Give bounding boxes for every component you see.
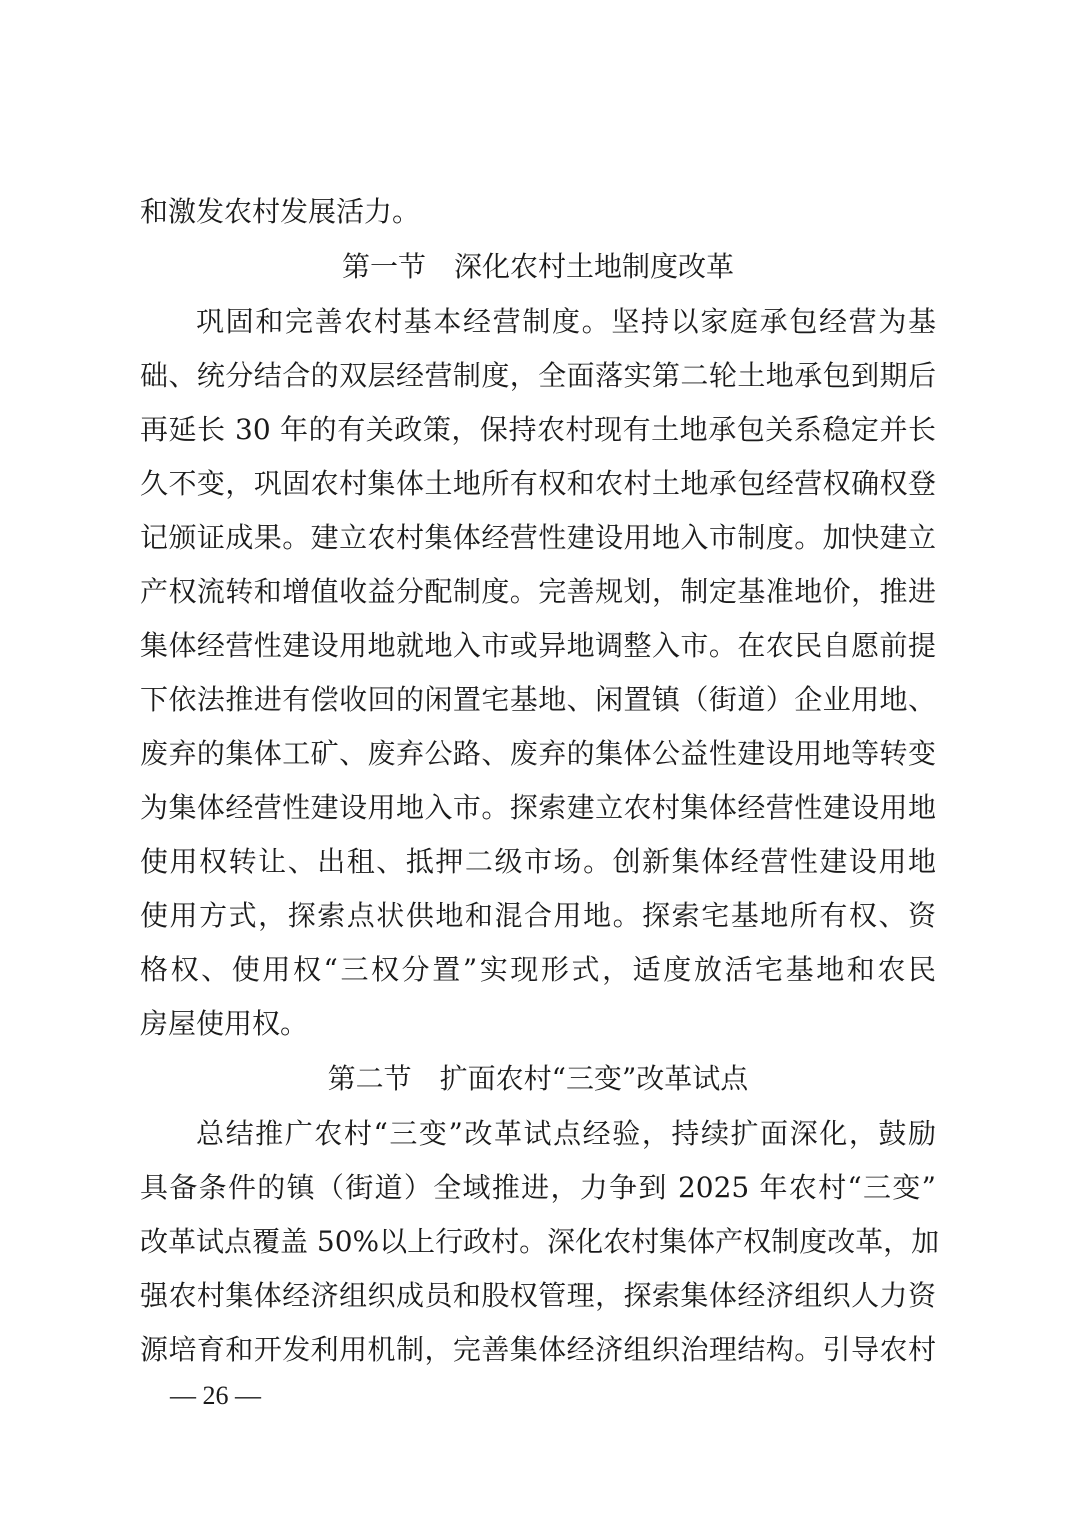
- document-page: 和激发农村发展活力。 第一节 深化农村土地制度改革 巩固和完善农村基本经营制度。…: [0, 0, 1074, 1520]
- paragraph-line: 使用方式，探索点状供地和混合用地。探索宅基地所有权、资: [140, 896, 936, 936]
- paragraph-line: 格权、使用权“三权分置”实现形式，适度放活宅基地和农民: [140, 950, 936, 990]
- paragraph-line: 础、统分结合的双层经营制度，全面落实第二轮土地承包到期后: [140, 356, 936, 396]
- paragraph-line: 为集体经营性建设用地入市。探索建立农村集体经营性建设用地: [140, 788, 936, 828]
- paragraph-line: 源培育和开发利用机制，完善集体经济组织治理结构。引导农村: [140, 1330, 936, 1370]
- page-number: — 26 —: [170, 1376, 261, 1416]
- paragraph-line: 产权流转和增值收益分配制度。完善规划，制定基准地价，推进: [140, 572, 936, 612]
- paragraph-line: 巩固和完善农村基本经营制度。坚持以家庭承包经营为基: [196, 302, 936, 342]
- section-heading-1: 第一节 深化农村土地制度改革: [140, 247, 936, 287]
- paragraph-line: 再延长 30 年的有关政策，保持农村现有土地承包关系稳定并长: [140, 410, 936, 450]
- paragraph-line: 使用权转让、出租、抵押二级市场。创新集体经营性建设用地: [140, 842, 936, 882]
- paragraph-line: 和激发农村发展活力。: [140, 192, 936, 232]
- paragraph-line: 集体经营性建设用地就地入市或异地调整入市。在农民自愿前提: [140, 626, 936, 666]
- paragraph-line: 房屋使用权。: [140, 1004, 936, 1044]
- paragraph-line: 久不变，巩固农村集体土地所有权和农村土地承包经营权确权登: [140, 464, 936, 504]
- paragraph-line: 下依法推进有偿收回的闲置宅基地、闲置镇（街道）企业用地、: [140, 680, 936, 720]
- paragraph-line: 具备条件的镇（街道）全域推进，力争到 2025 年农村“三变”: [140, 1168, 936, 1208]
- section-heading-2: 第二节 扩面农村“三变”改革试点: [140, 1059, 936, 1099]
- paragraph-line: 强农村集体经济组织成员和股权管理，探索集体经济组织人力资: [140, 1276, 936, 1316]
- paragraph-line: 记颁证成果。建立农村集体经营性建设用地入市制度。加快建立: [140, 518, 936, 558]
- paragraph-line: 总结推广农村“三变”改革试点经验，持续扩面深化，鼓励: [196, 1114, 936, 1154]
- paragraph-line: 废弃的集体工矿、废弃公路、废弃的集体公益性建设用地等转变: [140, 734, 936, 774]
- paragraph-line: 改革试点覆盖 50%以上行政村。深化农村集体产权制度改革，加: [140, 1222, 936, 1262]
